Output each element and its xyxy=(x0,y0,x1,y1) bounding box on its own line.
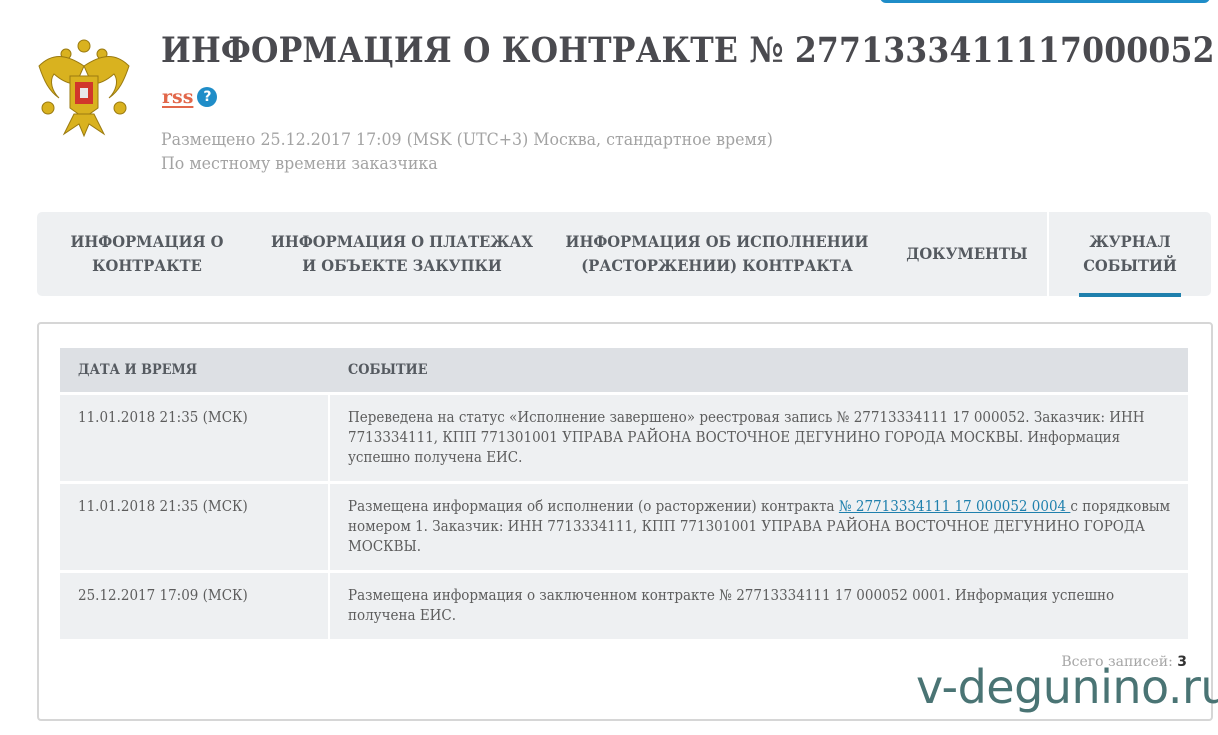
event-description: Размещена информация о заключенном контр… xyxy=(330,573,1188,639)
question-circle-icon[interactable]: ? xyxy=(197,87,217,107)
column-header-date: ДАТА И ВРЕМЯ xyxy=(60,348,330,392)
watermark: v-degunino.ru xyxy=(916,660,1218,714)
tab-event-log[interactable]: ЖУРНАЛ СОБЫТИЙ xyxy=(1047,212,1211,296)
event-date: 11.01.2018 21:35 (МСК) xyxy=(60,484,330,570)
event-description: Переведена на статус «Исполнение заверше… xyxy=(330,395,1188,481)
coat-of-arms-icon xyxy=(34,36,134,140)
event-date: 25.12.2017 17:09 (МСК) xyxy=(60,573,330,639)
top-action-button-edge[interactable] xyxy=(880,0,1210,3)
table-row: 11.01.2018 21:35 (МСК) Размещена информа… xyxy=(60,484,1188,570)
event-date: 11.01.2018 21:35 (МСК) xyxy=(60,395,330,481)
table-header-row: ДАТА И ВРЕМЯ СОБЫТИЕ xyxy=(60,348,1188,392)
tab-execution-info[interactable]: ИНФОРМАЦИЯ ОБ ИСПОЛНЕНИИ (РАСТОРЖЕНИИ) К… xyxy=(547,212,887,296)
tab-documents[interactable]: ДОКУМЕНТЫ xyxy=(887,212,1047,296)
table-row: 25.12.2017 17:09 (МСК) Размещена информа… xyxy=(60,573,1188,639)
published-date: Размещено 25.12.2017 17:09 (MSK (UTC+3) … xyxy=(161,128,773,152)
active-tab-indicator xyxy=(1079,293,1181,297)
column-header-event: СОБЫТИЕ xyxy=(330,348,1188,392)
tab-contract-info[interactable]: ИНФОРМАЦИЯ О КОНТРАКТЕ xyxy=(37,212,257,296)
published-info: Размещено 25.12.2017 17:09 (MSK (UTC+3) … xyxy=(161,128,773,176)
published-timezone-note: По местному времени заказчика xyxy=(161,152,773,176)
tab-bar: ИНФОРМАЦИЯ О КОНТРАКТЕ ИНФОРМАЦИЯ О ПЛАТ… xyxy=(37,212,1211,296)
page-title: ИНФОРМАЦИЯ О КОНТРАКТЕ № 277133341111700… xyxy=(161,30,1215,71)
tab-payments-and-object[interactable]: ИНФОРМАЦИЯ О ПЛАТЕЖАХ И ОБЪЕКТЕ ЗАКУПКИ xyxy=(257,212,547,296)
table-row: 11.01.2018 21:35 (МСК) Переведена на ста… xyxy=(60,395,1188,481)
event-log-table: ДАТА И ВРЕМЯ СОБЫТИЕ 11.01.2018 21:35 (М… xyxy=(60,345,1188,642)
contract-execution-link[interactable]: № 27713334111 17 000052 0004 xyxy=(839,499,1071,515)
rss-row: rss ? xyxy=(162,86,217,108)
rss-link[interactable]: rss xyxy=(162,86,193,108)
event-description: Размещена информация об исполнении (о ра… xyxy=(330,484,1188,570)
